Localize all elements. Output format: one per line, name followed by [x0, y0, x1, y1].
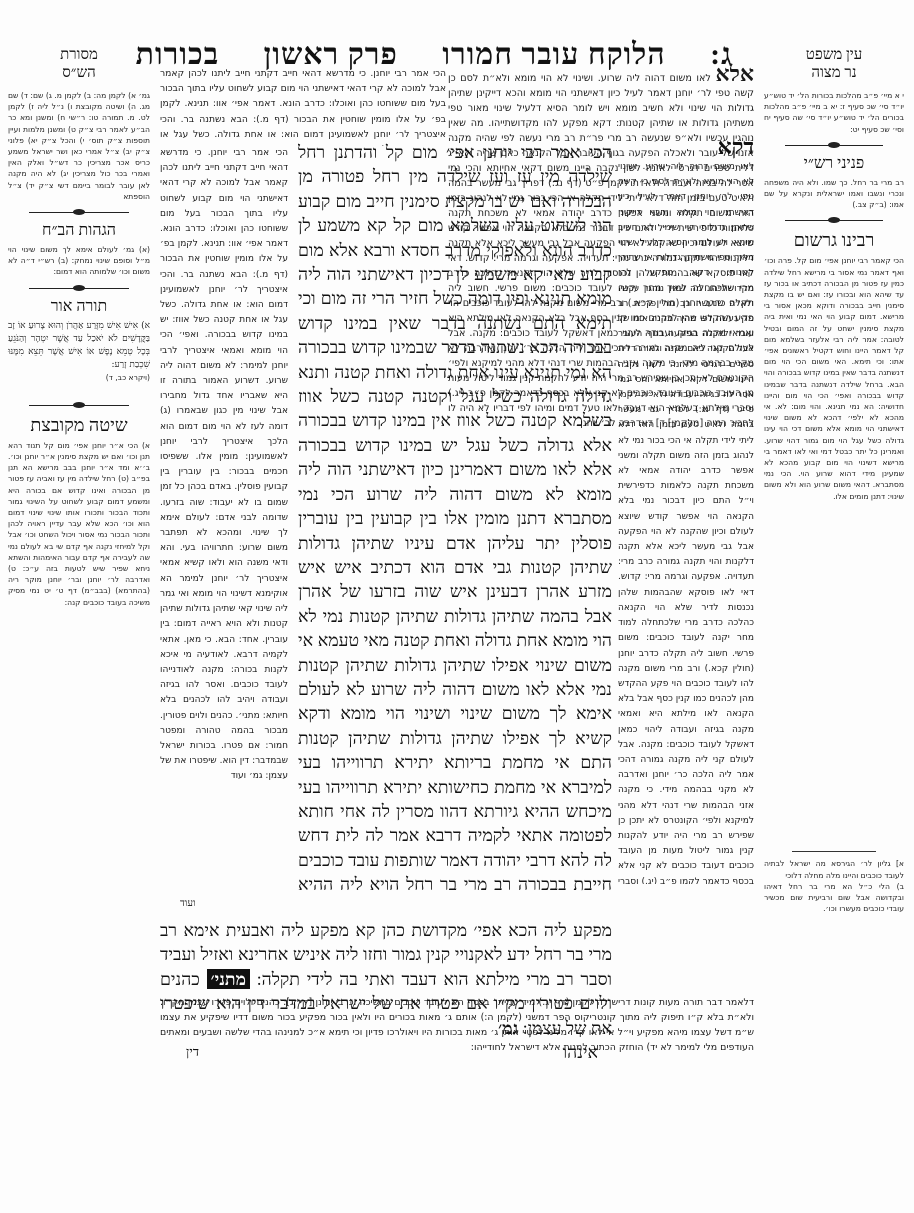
- rashi-column-lower: הכי אמר רבי יוחנן. כי מדרשא דהאי חייב דק…: [160, 146, 288, 886]
- rashi-column: הכי אמר רבי יוחנן. כי מדרשא דהאי חייב דק…: [160, 66, 446, 146]
- page-catchword: דין: [186, 1044, 199, 1060]
- hagahot-title: הגהות הב״ח: [8, 222, 150, 240]
- tosafot-body: לאו משום דהוה ליה שרוע. ושינוי לא הוי מו…: [618, 160, 754, 884]
- dka-heading: דקא: [618, 134, 754, 160]
- tosafot-bottom: דלאמר דבר תורה מעות קונות דריש לה לקמן (…: [160, 995, 754, 1055]
- ornament-divider: [785, 141, 883, 149]
- shita-text: א) הכי א״ר יוחנן אפי׳ מום קל תנוד רהא תנ…: [8, 440, 150, 810]
- ornament-divider: [785, 216, 883, 224]
- hagahot-text: (א) גמ׳ לעולם אימא לך משום שינוי הוי מ״ל…: [8, 244, 150, 278]
- footnote-2: ב) הלי כ״ל הא מרי בר רחל דאיהו ובקדושה א…: [764, 881, 904, 915]
- footnote-1: א] גליון לר׳ הגירסא מה ישראל לבתיה לעובד…: [764, 858, 904, 880]
- tosafot-column: דקא לאו משום דהוה ליה שרוע. ושינוי לא הו…: [618, 134, 754, 884]
- tosafot-bottom-text: דלאמר דבר תורה מעות קונות דריש לה לקמן (…: [160, 997, 754, 1053]
- rabbeinu-gershom-text: הכי קאמר רבי יוחנן אפי׳ מום קל. פרה וכו׳…: [764, 255, 904, 845]
- rashi-top: הכי אמר רבי יוחנן. כי מדרשא דהאי חייב דק…: [160, 66, 446, 146]
- torah-or-ref: (ויקרא כב, ד): [8, 372, 150, 383]
- right-margin: עין משפט נר מצוה י א מיי׳ פ״ב מהלכות בכו…: [764, 46, 904, 914]
- rashi-catchword: ועוד: [180, 898, 196, 909]
- ein-mishpat-text: י א מיי׳ פ״ב מהלכות בכורות הל׳ יד טוש״ע …: [764, 90, 904, 135]
- left-margin: מסורת הש״ס גמ׳ א) לקמן מה: ב) לקמן מ. ג)…: [8, 46, 150, 810]
- rashi-body: הכי אמר רבי יוחנן. כי מדרשא דהאי חייב דק…: [160, 146, 288, 785]
- ein-mishpat-title: עין משפט נר מצוה: [764, 46, 904, 82]
- opening-word: אלא: [715, 61, 754, 86]
- torah-or-text: א) אִישׁ אִישׁ מִזֶּרַע אַהֲרֹן וְהוּא צ…: [8, 320, 150, 372]
- shita-title: שיטה מקובצת: [8, 415, 150, 436]
- dka-word: דקא: [718, 134, 754, 159]
- mishna-label: מתני׳: [207, 969, 250, 989]
- rabbeinu-gershom-title: רבינו גרשום: [764, 230, 904, 251]
- ornament-divider: [29, 284, 128, 292]
- ornament-divider: [29, 401, 128, 409]
- mesoret-title: מסורת הש״ס: [8, 46, 150, 82]
- gemara-main-text: הכי אמר רבי יוחנן אפי׳ מום קל והדתנן רחל…: [298, 140, 612, 896]
- footnote-rule: [792, 851, 876, 852]
- mesoret-text: גמ׳ א) לקמן מה: ב) לקמן מ. ג) שם: ד) שם …: [8, 90, 150, 202]
- pninei-rashi-text: רב מרי בר רחל. כך שמו. ולא היה משפחה ונכ…: [764, 177, 904, 211]
- ornament-divider: [29, 208, 128, 216]
- torah-or-title: תורה אור: [8, 298, 150, 316]
- pninei-rashi-title: פניני רש״י: [764, 155, 904, 173]
